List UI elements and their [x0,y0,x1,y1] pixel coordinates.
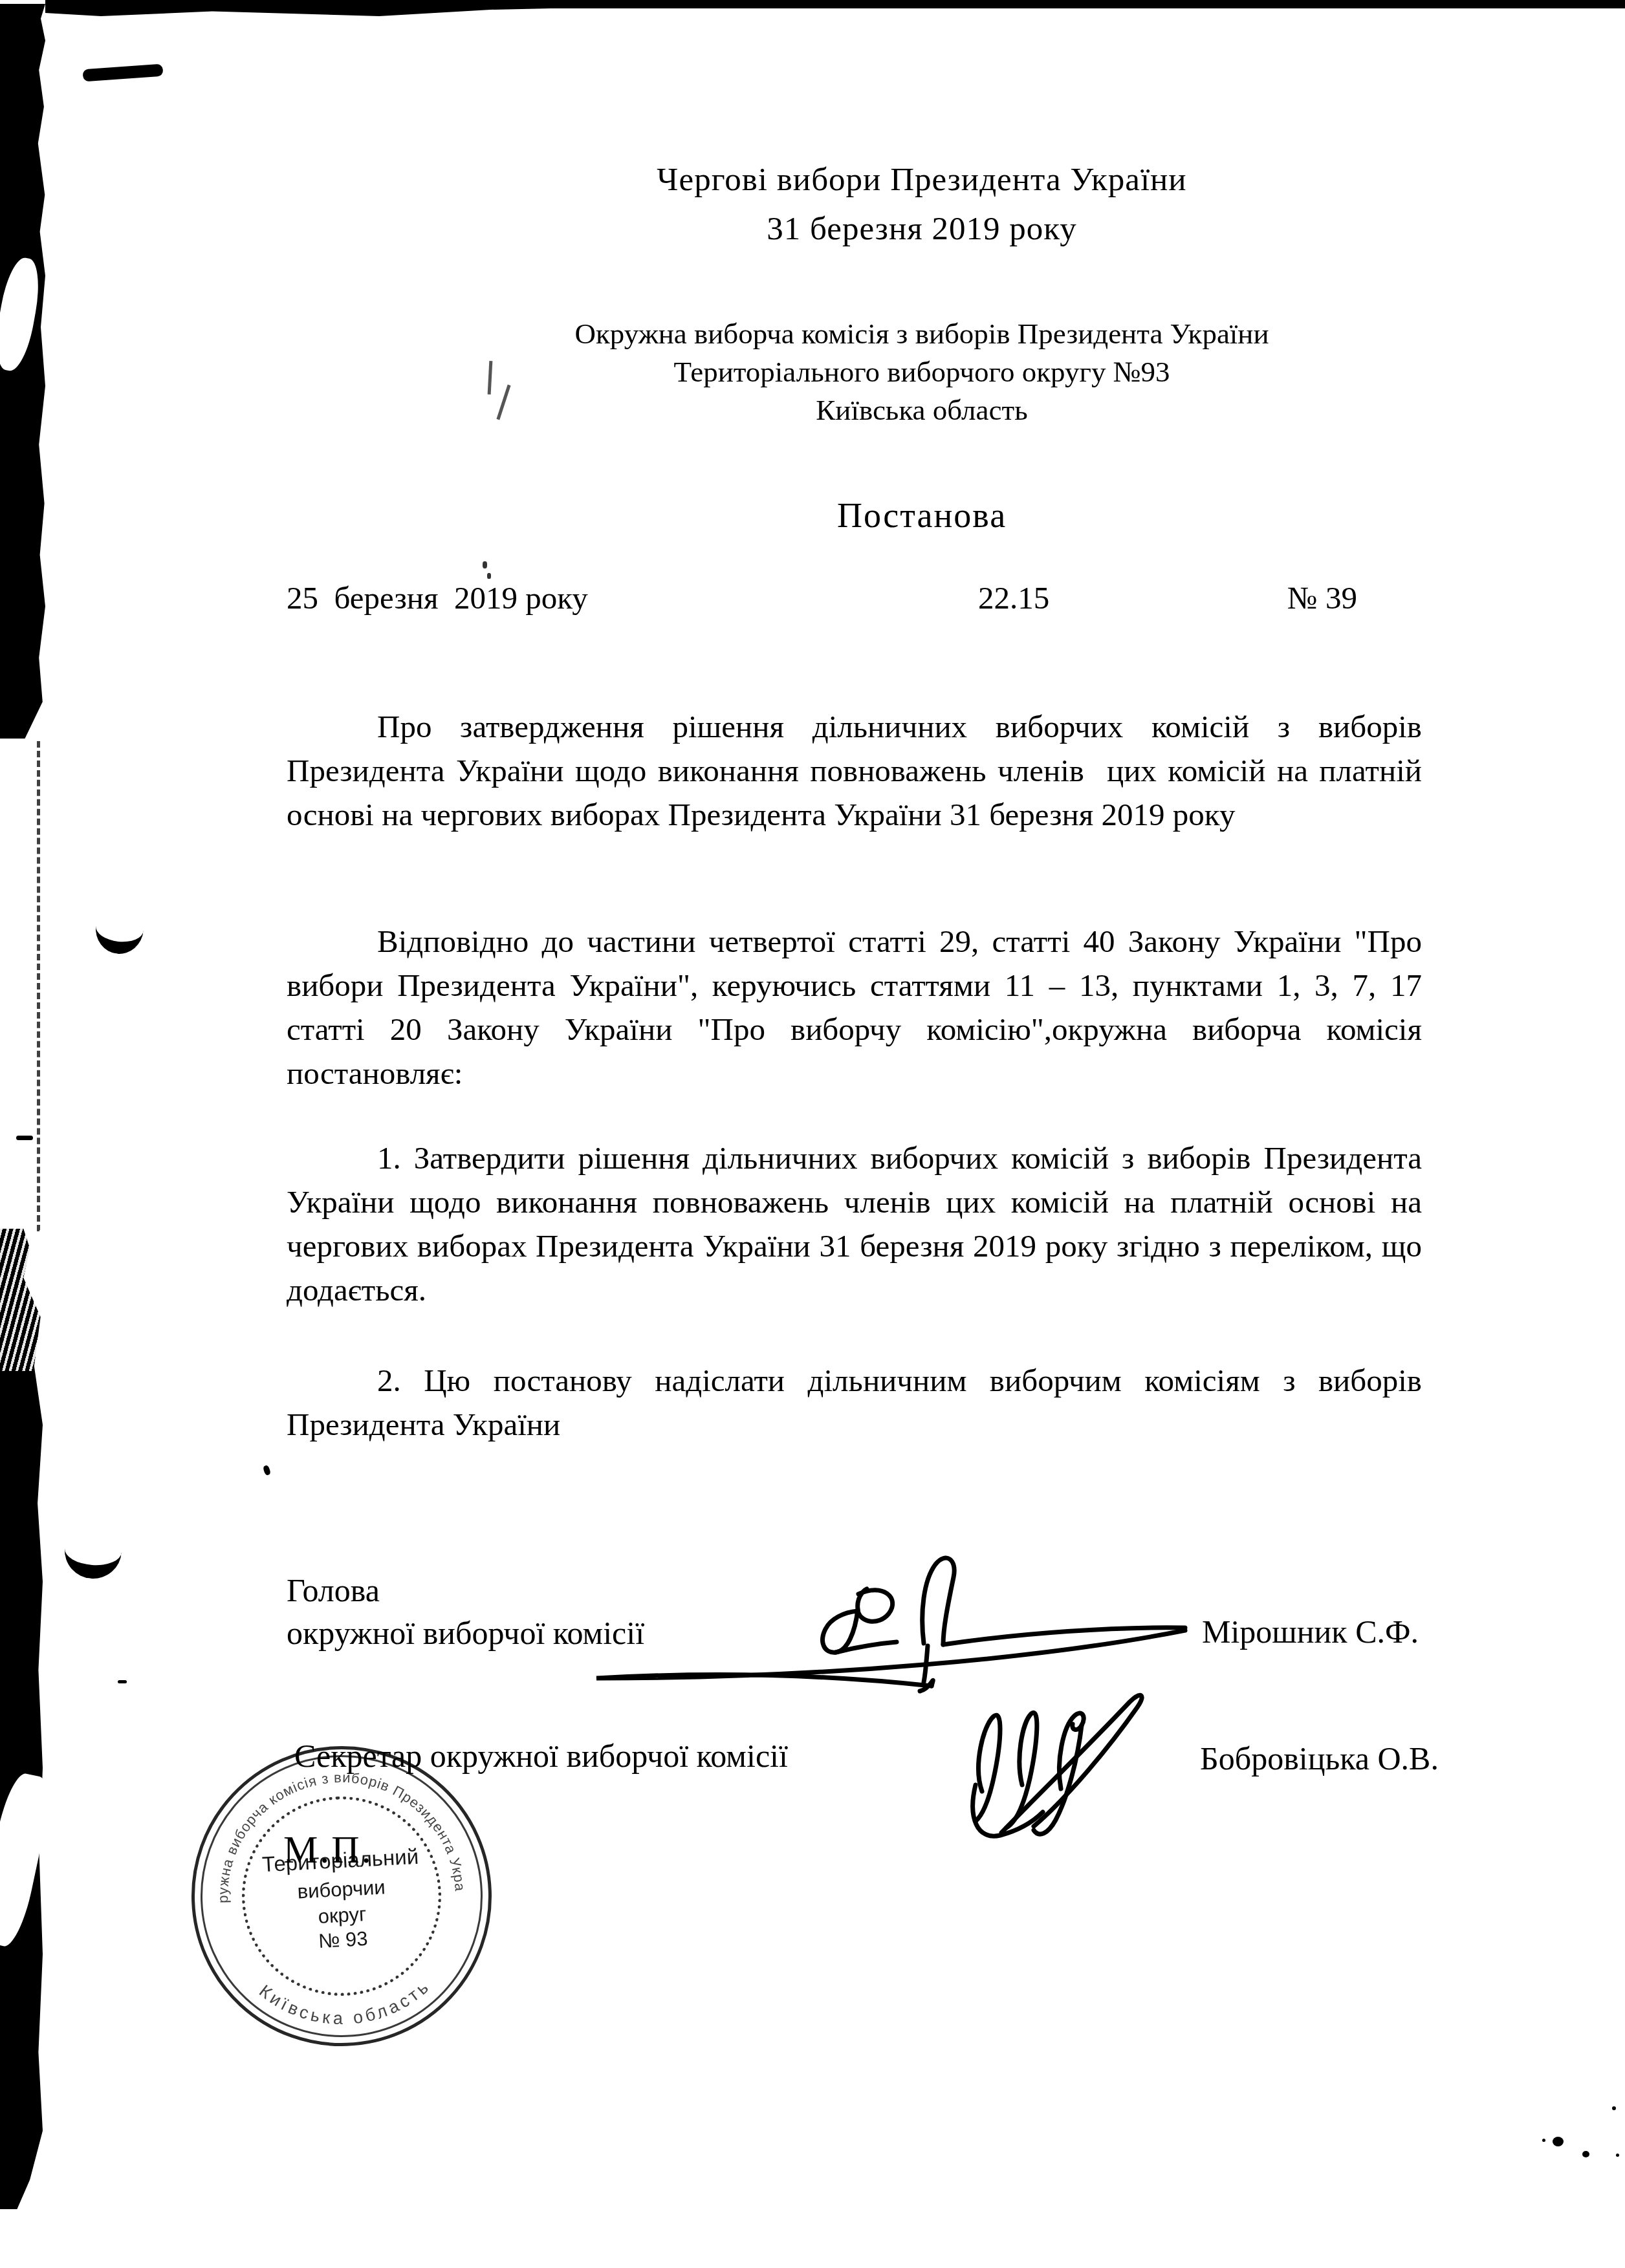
title-line-2: 31 березня 2019 року [427,204,1417,254]
scanned-document-page: Чергові вибори Президента України 31 бер… [0,0,1625,2268]
document-date: 25 березня 2019 року [287,579,588,616]
paragraph-item-2: 2. Цю постанову надіслати дільничним виб… [287,1359,1422,1447]
document-time: 22.15 [978,579,1049,616]
paragraph-subject: Про затвердження рішення дільничних вибо… [287,705,1422,837]
scan-artifact-pen-dash [82,64,163,82]
stamp-place-label: М.П. [283,1828,373,1872]
commission-line-1: Окружна виборча комісія з виборів Презид… [427,315,1417,353]
document-type-heading: Постанова [427,495,1417,535]
scan-artifact-left-border-upper [0,4,45,739]
scan-artifact-speck-3 [263,1465,271,1476]
head-name: Мірошник С.Ф. [1202,1613,1419,1650]
scan-artifact-left-speckle [0,1229,40,1371]
head-signature-icon [569,1549,1197,1704]
document-title: Чергові вибори Президента України 31 бер… [427,155,1417,254]
scan-artifact-crescent-mark-2 [63,1520,124,1581]
title-line-1: Чергові вибори Президента України [427,155,1417,204]
scan-artifact-dot-1 [1553,2137,1564,2146]
document-number: № 39 [1287,579,1357,616]
scan-artifact-pencil-dot-1 [483,561,487,568]
svg-text:Київська область: Київська область [255,1975,435,2031]
commission-line-2: Територіального виборчого округу №93 [427,353,1417,391]
scan-artifact-left-dashed-line [37,741,40,1231]
scan-artifact-crescent-mark-1 [93,900,146,956]
scan-artifact-dot-3 [1612,2106,1616,2110]
secretary-signature-icon [957,1688,1164,1856]
scan-artifact-dot-4 [1542,2139,1545,2142]
paragraph-item-1: 1. Затвердити рішення дільничних виборчи… [287,1136,1422,1312]
stamp-ring-text-bottom: Київська область [255,1975,435,2031]
scan-artifact-speck-1 [16,1136,33,1140]
commission-heading: Окружна виборча комісія з виборів Презид… [427,315,1417,429]
scan-artifact-dot-5 [1616,2154,1619,2157]
paragraph-preamble: Відповідно до частини четвертої статті 2… [287,920,1422,1096]
scan-artifact-dot-2 [1582,2151,1589,2157]
scan-artifact-speck-2 [118,1680,127,1683]
scan-artifact-pencil-dot-2 [487,573,491,579]
scan-artifact-top-bar-ragged [45,0,602,16]
secretary-role: Секретар окружної виборчої комісії [294,1734,788,1777]
secretary-name: Бобровіцька О.В. [1200,1740,1439,1777]
commission-line-3: Київська область [427,391,1417,429]
scan-artifact-left-border-lower [0,1229,43,2209]
round-stamp: Окружна виборча комісія з виборів Презид… [186,1741,497,2051]
